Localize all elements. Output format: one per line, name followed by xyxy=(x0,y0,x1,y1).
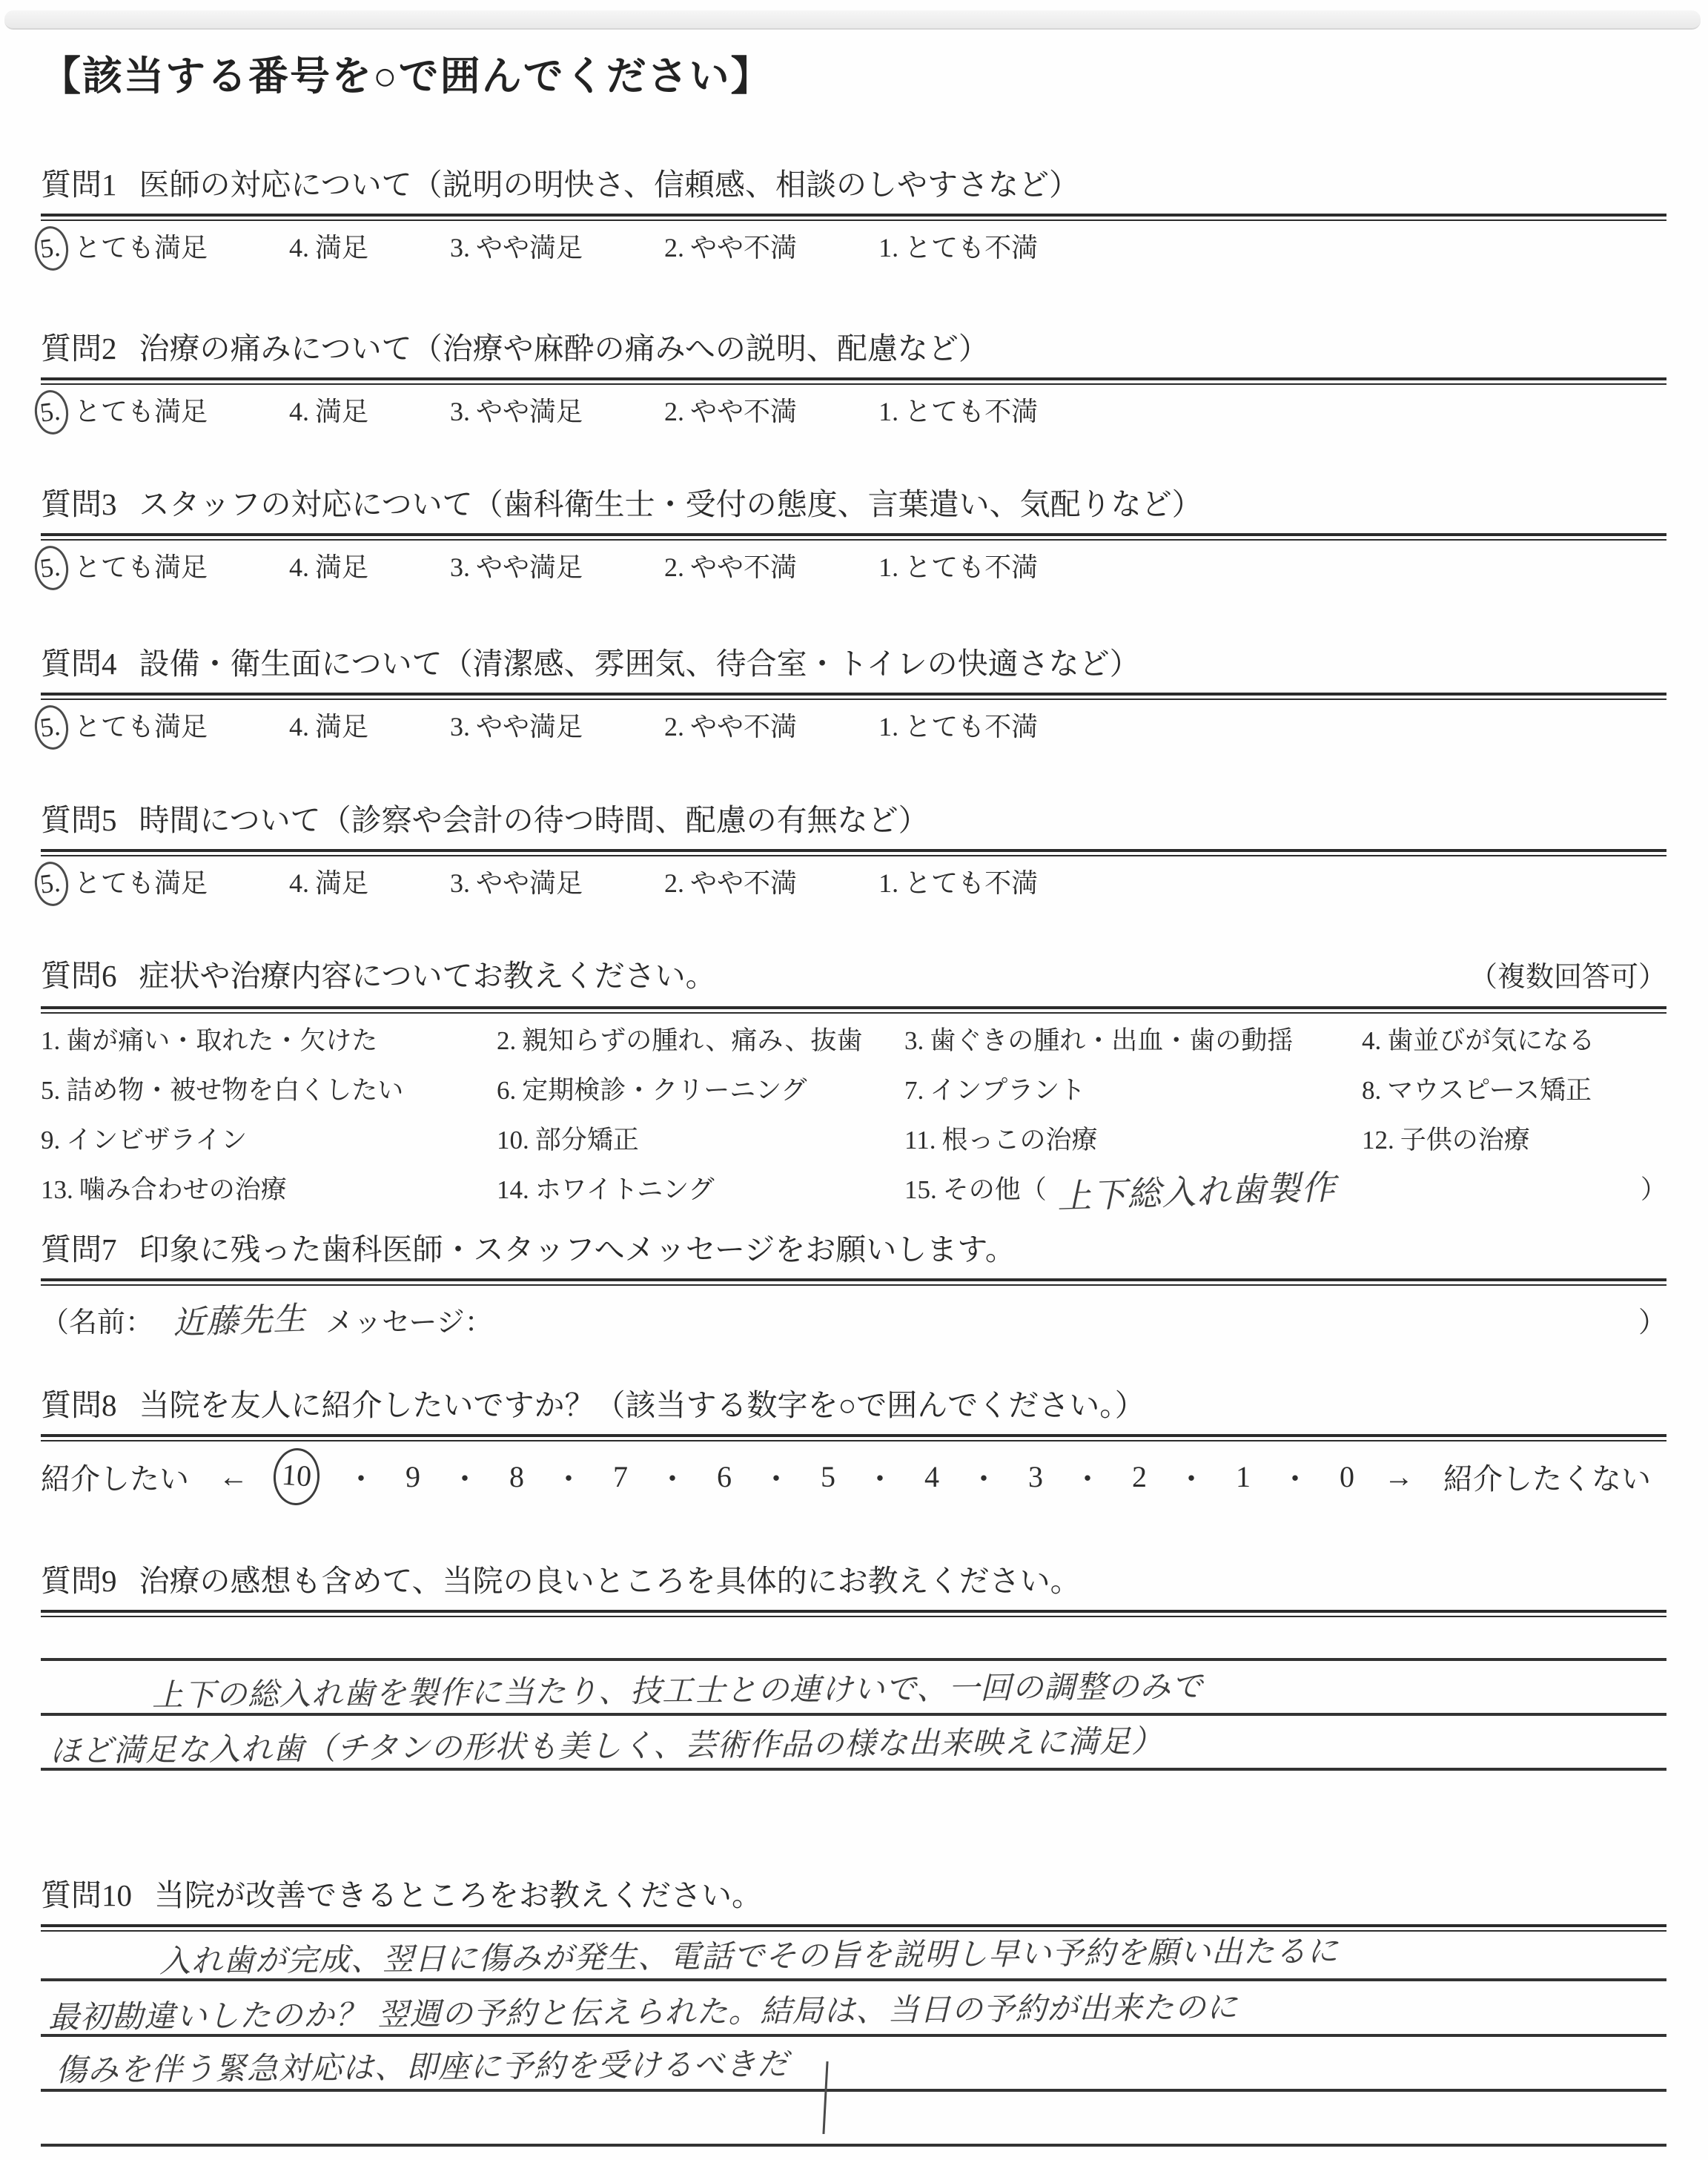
rating-option-3: 3.やや満足 xyxy=(450,709,583,744)
scale-number-8: 8 xyxy=(509,1459,524,1494)
rating-option-5: 5.とても満足 xyxy=(41,549,208,586)
question-3-header: 質問3 スタッフの対応について（歯科衛生士・受付の態度、言葉遣い、気配りなど） xyxy=(41,485,1666,524)
rating-option-3: 3.やや満足 xyxy=(450,394,583,429)
question-8-scale: 紹介したい ← 10 ・ 9 ・ 8 ・ 7 ・ 6 ・ 5 ・ 4 ・ 3 ・… xyxy=(41,1451,1666,1503)
rating-option-4: 4.満足 xyxy=(289,549,368,585)
rating-option-3: 3.やや満足 xyxy=(450,230,583,265)
close-paren: ） xyxy=(1638,1299,1666,1340)
rating-option-1: 1.とても不満 xyxy=(878,230,1038,265)
rating-option-2: 2.やや不満 xyxy=(664,709,797,744)
question-10-id: 質問10 xyxy=(41,1876,132,1915)
question-7-title: 印象に残った歯科医師・スタッフへメッセージをお願いします。 xyxy=(139,1230,1016,1269)
question-9-answer-area: 上下の総入れ歯を製作に当たり、技工士との連けいで、一回の調整のみで ほど満足な入… xyxy=(41,1617,1666,1771)
question-4-options: 5.とても満足 4.満足 3.やや満足 2.やや不満 1.とても不満 xyxy=(41,709,1666,745)
scale-number-9: 9 xyxy=(406,1459,420,1494)
question-2-title: 治療の痛みについて（治療や麻酔の痛みへの説明、配慮など） xyxy=(139,329,989,368)
circled-answer-mark: 5. xyxy=(33,859,71,908)
rating-option-2: 2.やや不満 xyxy=(664,394,797,429)
rating-option-3: 3.やや満足 xyxy=(450,865,583,901)
scale-number-0: 0 xyxy=(1340,1459,1354,1494)
header-underline xyxy=(41,214,1666,221)
scale-dot: ・ xyxy=(554,1456,583,1498)
scale-number-2: 2 xyxy=(1132,1459,1147,1494)
question-3-title: スタッフの対応について（歯科衛生士・受付の態度、言葉遣い、気配りなど） xyxy=(139,485,1202,524)
question-1-id: 質問1 xyxy=(41,165,117,204)
q6-option-14: 14.ホワイトニング xyxy=(497,1175,904,1205)
question-9-id: 質問9 xyxy=(41,1562,117,1600)
q6-option-9: 9.インビザライン xyxy=(41,1125,497,1155)
question-3-options: 5.とても満足 4.満足 3.やや満足 2.やや不満 1.とても不満 xyxy=(41,549,1666,586)
question-6-section: 質問6 症状や治療内容についてお教えください。 （複数回答可） 1.歯が痛い・取… xyxy=(41,957,1666,1205)
scale-dot: ・ xyxy=(1176,1456,1206,1498)
header-underline xyxy=(41,849,1666,856)
circled-answer-10: 10 xyxy=(271,1447,321,1507)
q10-handwritten-line-3: 傷みを伴う緊急対応は、即座に予約を受けるべきだ xyxy=(41,2044,789,2092)
rating-option-5: 5.とても満足 xyxy=(41,394,208,430)
rating-option-1: 1.とても不満 xyxy=(878,394,1038,429)
header-underline xyxy=(41,377,1666,385)
q6-option-8: 8.マウスピース矯正 xyxy=(1362,1075,1666,1106)
question-3-id: 質問3 xyxy=(41,485,117,524)
rating-option-4: 4.満足 xyxy=(289,394,368,429)
question-5-id: 質問5 xyxy=(41,801,117,839)
q6-option-5: 5.詰め物・被せ物を白くしたい xyxy=(41,1075,497,1106)
scale-left-label: 紹介したい xyxy=(41,1456,189,1498)
circled-answer-mark: 5. xyxy=(33,224,71,272)
header-underline xyxy=(41,1434,1666,1441)
header-underline xyxy=(41,1278,1666,1286)
rating-option-2: 2.やや不満 xyxy=(664,865,797,901)
rating-option-5: 5.とても満足 xyxy=(41,230,208,266)
question-1-header: 質問1 医師の対応について（説明の明快さ、信頼感、相談のしやすさなど） xyxy=(41,165,1666,204)
answer-line: 入れ歯が完成、翌日に傷みが発生、電話でその旨を説明し早い予約を願い出たるに xyxy=(41,1932,1666,1981)
header-underline xyxy=(41,1924,1666,1932)
question-1-title: 医師の対応について（説明の明快さ、信頼感、相談のしやすさなど） xyxy=(139,165,1080,204)
rating-option-4: 4.満足 xyxy=(289,865,368,901)
question-10-title: 当院が改善できるところをお教えください。 xyxy=(154,1876,762,1915)
scale-dot: ・ xyxy=(1280,1456,1310,1498)
question-5-title: 時間について（診察や会計の待つ時間、配慮の有無など） xyxy=(139,801,929,839)
question-10-section: 質問10 当院が改善できるところをお教えください。 入れ歯が完成、翌日に傷みが発… xyxy=(41,1876,1666,2147)
rating-option-3: 3.やや満足 xyxy=(450,549,583,585)
header-underline xyxy=(41,1610,1666,1617)
scale-dot: ・ xyxy=(346,1456,376,1498)
q6-option-15-other: 15. その他（ 上下総入れ歯製作 ） xyxy=(904,1175,1666,1205)
question-6-title: 症状や治療内容についてお教えください。 xyxy=(139,957,716,995)
answer-line-blank xyxy=(41,1617,1666,1661)
answer-line: ほど満足な入れ歯（チタンの形状も美しく、芸術作品の様な出来映えに満足） xyxy=(41,1716,1666,1771)
header-underline xyxy=(41,693,1666,700)
question-1-options: 5.とても満足 4.満足 3.やや満足 2.やや不満 1.とても不満 xyxy=(41,230,1666,266)
name-field-label: （名前： xyxy=(41,1299,153,1340)
name-handwritten-answer: 近藤先生 xyxy=(172,1291,307,1343)
question-6-id: 質問6 xyxy=(41,957,117,995)
scale-number-4: 4 xyxy=(924,1459,939,1494)
rating-option-4: 4.満足 xyxy=(289,230,368,265)
circled-answer-mark: 5. xyxy=(33,703,71,751)
rating-option-4: 4.満足 xyxy=(289,709,368,744)
scale-number-6: 6 xyxy=(717,1459,732,1494)
q9-handwritten-line-1: 上下の総入れ歯を製作に当たり、技工士との連けいで、一回の調整のみで xyxy=(41,1667,1204,1718)
scale-number-7: 7 xyxy=(613,1459,628,1494)
rating-option-5: 5.とても満足 xyxy=(41,709,208,745)
answer-line: 傷みを伴う緊急対応は、即座に予約を受けるべきだ xyxy=(41,2037,1666,2092)
rating-option-2: 2.やや不満 xyxy=(664,230,797,265)
question-1-section: 質問1 医師の対応について（説明の明快さ、信頼感、相談のしやすさなど） 5.とて… xyxy=(41,165,1666,266)
q10-handwritten-line-2: 最初勘違いしたのか？ 翌週の予約と伝えられた。結局は、当日の予約が出来たのに xyxy=(41,1987,1239,2038)
scale-dot: ・ xyxy=(658,1456,687,1498)
question-2-options: 5.とても満足 4.満足 3.やや満足 2.やや不満 1.とても不満 xyxy=(41,394,1666,430)
question-8-header: 質問8 当院を友人に紹介したいですか？（該当する数字を○で囲んでください。） xyxy=(41,1386,1666,1424)
question-8-id: 質問8 xyxy=(41,1386,117,1424)
question-9-header: 質問9 治療の感想も含めて、当院の良いところを具体的にお教えください。 xyxy=(41,1562,1666,1600)
q10-handwritten-line-1: 入れ歯が完成、翌日に傷みが発生、電話でその旨を説明し早い予約を願い出たるに xyxy=(41,1932,1339,1984)
answer-line: 最初勘違いしたのか？ 翌週の予約と伝えられた。結局は、当日の予約が出来たのに xyxy=(41,1981,1666,2037)
q6-option-1: 1.歯が痛い・取れた・欠けた xyxy=(41,1025,497,1056)
scale-dot: ・ xyxy=(865,1456,895,1498)
question-7-answer-row: （名前： 近藤先生 メッセージ： ） xyxy=(41,1294,1666,1346)
q6-option-6: 6.定期検診・クリーニング xyxy=(497,1075,904,1106)
question-5-section: 質問5 時間について（診察や会計の待つ時間、配慮の有無など） 5.とても満足 4… xyxy=(41,801,1666,902)
q6-option-12: 12.子供の治療 xyxy=(1362,1125,1666,1155)
question-10-header: 質問10 当院が改善できるところをお教えください。 xyxy=(41,1876,1666,1915)
question-2-header: 質問2 治療の痛みについて（治療や麻酔の痛みへの説明、配慮など） xyxy=(41,329,1666,368)
q6-option-4: 4.歯並びが気になる xyxy=(1362,1025,1666,1056)
q9-handwritten-line-2: ほど満足な入れ歯（チタンの形状も美しく、芸術作品の様な出来映えに満足） xyxy=(41,1722,1163,1772)
question-2-id: 質問2 xyxy=(41,329,117,368)
question-4-id: 質問4 xyxy=(41,644,117,683)
q6-option-10: 10.部分矯正 xyxy=(497,1125,904,1155)
scale-right-label: 紹介したくない xyxy=(1443,1456,1651,1498)
answer-line: 上下の総入れ歯を製作に当たり、技工士との連けいで、一回の調整のみで xyxy=(41,1661,1666,1716)
scale-number-3: 3 xyxy=(1028,1459,1043,1494)
circled-answer-mark: 5. xyxy=(33,544,71,592)
survey-content: 【該当する番号を○で囲んでください】 質問1 医師の対応について（説明の明快さ、… xyxy=(41,0,1666,2147)
question-6-options: 1.歯が痛い・取れた・欠けた 2.親知らずの腫れ、痛み、抜歯 3.歯ぐきの腫れ・… xyxy=(41,1025,1666,1205)
q6-other-handwritten-answer: 上下総入れ歯製作 xyxy=(1056,1161,1641,1212)
rating-option-1: 1.とても不満 xyxy=(878,865,1038,901)
rating-option-label: とても満足 xyxy=(74,233,208,262)
q6-option-13: 13.噛み合わせの治療 xyxy=(41,1175,497,1205)
circled-answer-mark: 5. xyxy=(33,388,71,436)
question-7-header: 質問7 印象に残った歯科医師・スタッフへメッセージをお願いします。 xyxy=(41,1230,1666,1269)
question-5-options: 5.とても満足 4.満足 3.やや満足 2.やや不満 1.とても不満 xyxy=(41,865,1666,902)
rating-option-1: 1.とても不満 xyxy=(878,709,1038,744)
left-arrow-icon: ← xyxy=(219,1459,248,1494)
page-title: 【該当する番号を○で囲んでください】 xyxy=(41,52,1666,102)
question-6-header: 質問6 症状や治療内容についてお教えください。 （複数回答可） xyxy=(41,957,1666,997)
scale-dot: ・ xyxy=(450,1456,480,1498)
question-7-id: 質問7 xyxy=(41,1230,117,1269)
message-field-label: メッセージ： xyxy=(325,1299,493,1340)
q6-option-2: 2.親知らずの腫れ、痛み、抜歯 xyxy=(497,1025,904,1056)
answer-line-blank xyxy=(41,2092,1666,2147)
q6-option-11: 11.根っこの治療 xyxy=(904,1125,1362,1155)
rating-option-5: 5.とても満足 xyxy=(41,865,208,902)
question-4-section: 質問4 設備・衛生面について（清潔感、雰囲気、待合室・トイレの快適さなど） 5.… xyxy=(41,644,1666,745)
question-10-answer-area: 入れ歯が完成、翌日に傷みが発生、電話でその旨を説明し早い予約を願い出たるに 最初… xyxy=(41,1932,1666,2147)
scale-dot: ・ xyxy=(761,1456,791,1498)
question-4-title: 設備・衛生面について（清潔感、雰囲気、待合室・トイレの快適さなど） xyxy=(139,644,1140,683)
question-6-note: （複数回答可） xyxy=(1469,958,1666,997)
question-2-section: 質問2 治療の痛みについて（治療や麻酔の痛みへの説明、配慮など） 5.とても満足… xyxy=(41,329,1666,430)
scale-dot: ・ xyxy=(1073,1456,1102,1498)
rating-option-2: 2.やや不満 xyxy=(664,549,797,585)
scale-number-5: 5 xyxy=(821,1459,835,1494)
header-underline xyxy=(41,533,1666,541)
scanned-survey-page: 【該当する番号を○で囲んでください】 質問1 医師の対応について（説明の明快さ、… xyxy=(0,0,1708,2160)
q6-option-7: 7.インプラント xyxy=(904,1075,1362,1106)
scale-number-1: 1 xyxy=(1236,1459,1251,1494)
right-arrow-icon: → xyxy=(1384,1459,1414,1494)
question-4-header: 質問4 設備・衛生面について（清潔感、雰囲気、待合室・トイレの快適さなど） xyxy=(41,644,1666,683)
question-9-section: 質問9 治療の感想も含めて、当院の良いところを具体的にお教えください。 上下の総… xyxy=(41,1562,1666,1771)
question-8-section: 質問8 当院を友人に紹介したいですか？（該当する数字を○で囲んでください。） 紹… xyxy=(41,1386,1666,1503)
question-5-header: 質問5 時間について（診察や会計の待つ時間、配慮の有無など） xyxy=(41,801,1666,839)
question-8-title: 当院を友人に紹介したいですか？（該当する数字を○で囲んでください。） xyxy=(139,1386,1145,1424)
header-underline xyxy=(41,1006,1666,1014)
question-3-section: 質問3 スタッフの対応について（歯科衛生士・受付の態度、言葉遣い、気配りなど） … xyxy=(41,485,1666,586)
rating-option-1: 1.とても不満 xyxy=(878,549,1038,585)
q6-option-3: 3.歯ぐきの腫れ・出血・歯の動揺 xyxy=(904,1025,1362,1056)
question-9-title: 治療の感想も含めて、当院の良いところを具体的にお教えください。 xyxy=(139,1562,1081,1600)
close-paren: ） xyxy=(1641,1175,1666,1205)
question-7-section: 質問7 印象に残った歯科医師・スタッフへメッセージをお願いします。 （名前： 近… xyxy=(41,1230,1666,1346)
scale-dot: ・ xyxy=(969,1456,999,1498)
